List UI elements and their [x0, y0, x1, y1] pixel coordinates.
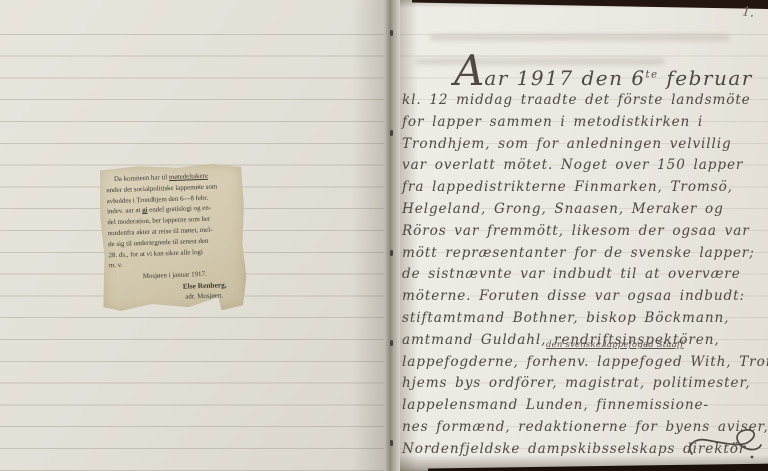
- spine-stitch: [390, 440, 393, 446]
- manuscript-line: hjems bys ordförer, magistrat, politimes…: [398, 373, 766, 395]
- manuscript-line: Trondhjem, som for anledningen velvillig: [398, 134, 766, 156]
- spine-stitch: [390, 340, 393, 346]
- manuscript-line: lappelensmand Lunden, finnemissione-: [398, 395, 766, 417]
- manuscript-line: de sistnævnte var indbudt til at overvær…: [398, 264, 766, 286]
- spine-stitch: [390, 250, 393, 256]
- clipping-text: endel gratislogi og en-: [147, 205, 211, 214]
- clipping-text: Da komiteen har til: [114, 174, 169, 183]
- manuscript-line: kl. 12 middag traadte det förste landsmö…: [398, 90, 766, 112]
- clipping-underlined-word: møtedeltakere: [169, 173, 208, 181]
- manuscript-line: mött repræsentanter for de svenske lappe…: [398, 243, 766, 265]
- manuscript-line: Helgeland, Grong, Snaasen, Meraker og: [398, 199, 766, 221]
- newspaper-clipping: Da komiteen har til møtedeltakere under …: [98, 163, 247, 315]
- manuscript-interline-insertion: den svenske lappefoged Staaff: [546, 340, 684, 350]
- manuscript-line: möterne. Foruten disse var ogsaa indbudt…: [398, 286, 766, 308]
- manuscript-line: Röros var fremmött, likesom der ogsaa va…: [398, 221, 766, 243]
- manuscript-line: lappefogderne, forhenv. lappefoged With,…: [398, 352, 766, 374]
- manuscript-line: fra lappedistrikterne Finmarken, Tromsö,: [398, 177, 766, 199]
- clipping-text: indev. aar at: [107, 207, 142, 215]
- signature-flourish: [686, 426, 764, 468]
- spine-stitch: [390, 130, 393, 136]
- left-page-spine-shadow: [352, 0, 386, 471]
- heading-text: Aar 1917 den 6: [454, 46, 646, 95]
- heading-text: februar: [658, 66, 752, 90]
- manuscript-heading: Aar 1917 den 6te februar: [398, 46, 766, 90]
- page-number: 1.: [741, 4, 755, 21]
- manuscript-line: stiftamtmand Bothner, biskop Böckmann,: [398, 308, 766, 330]
- manuscript: Aar 1917 den 6te februar kl. 12 middag t…: [398, 46, 766, 461]
- spine-stitch: [390, 30, 393, 36]
- manuscript-line: var overlatt mötet. Noget over 150 lappe…: [398, 155, 766, 177]
- ink-bleed-streak: [430, 34, 730, 41]
- heading-superscript: te: [646, 69, 659, 80]
- manuscript-line: for lapper sammen i metodistkirken i: [398, 112, 766, 134]
